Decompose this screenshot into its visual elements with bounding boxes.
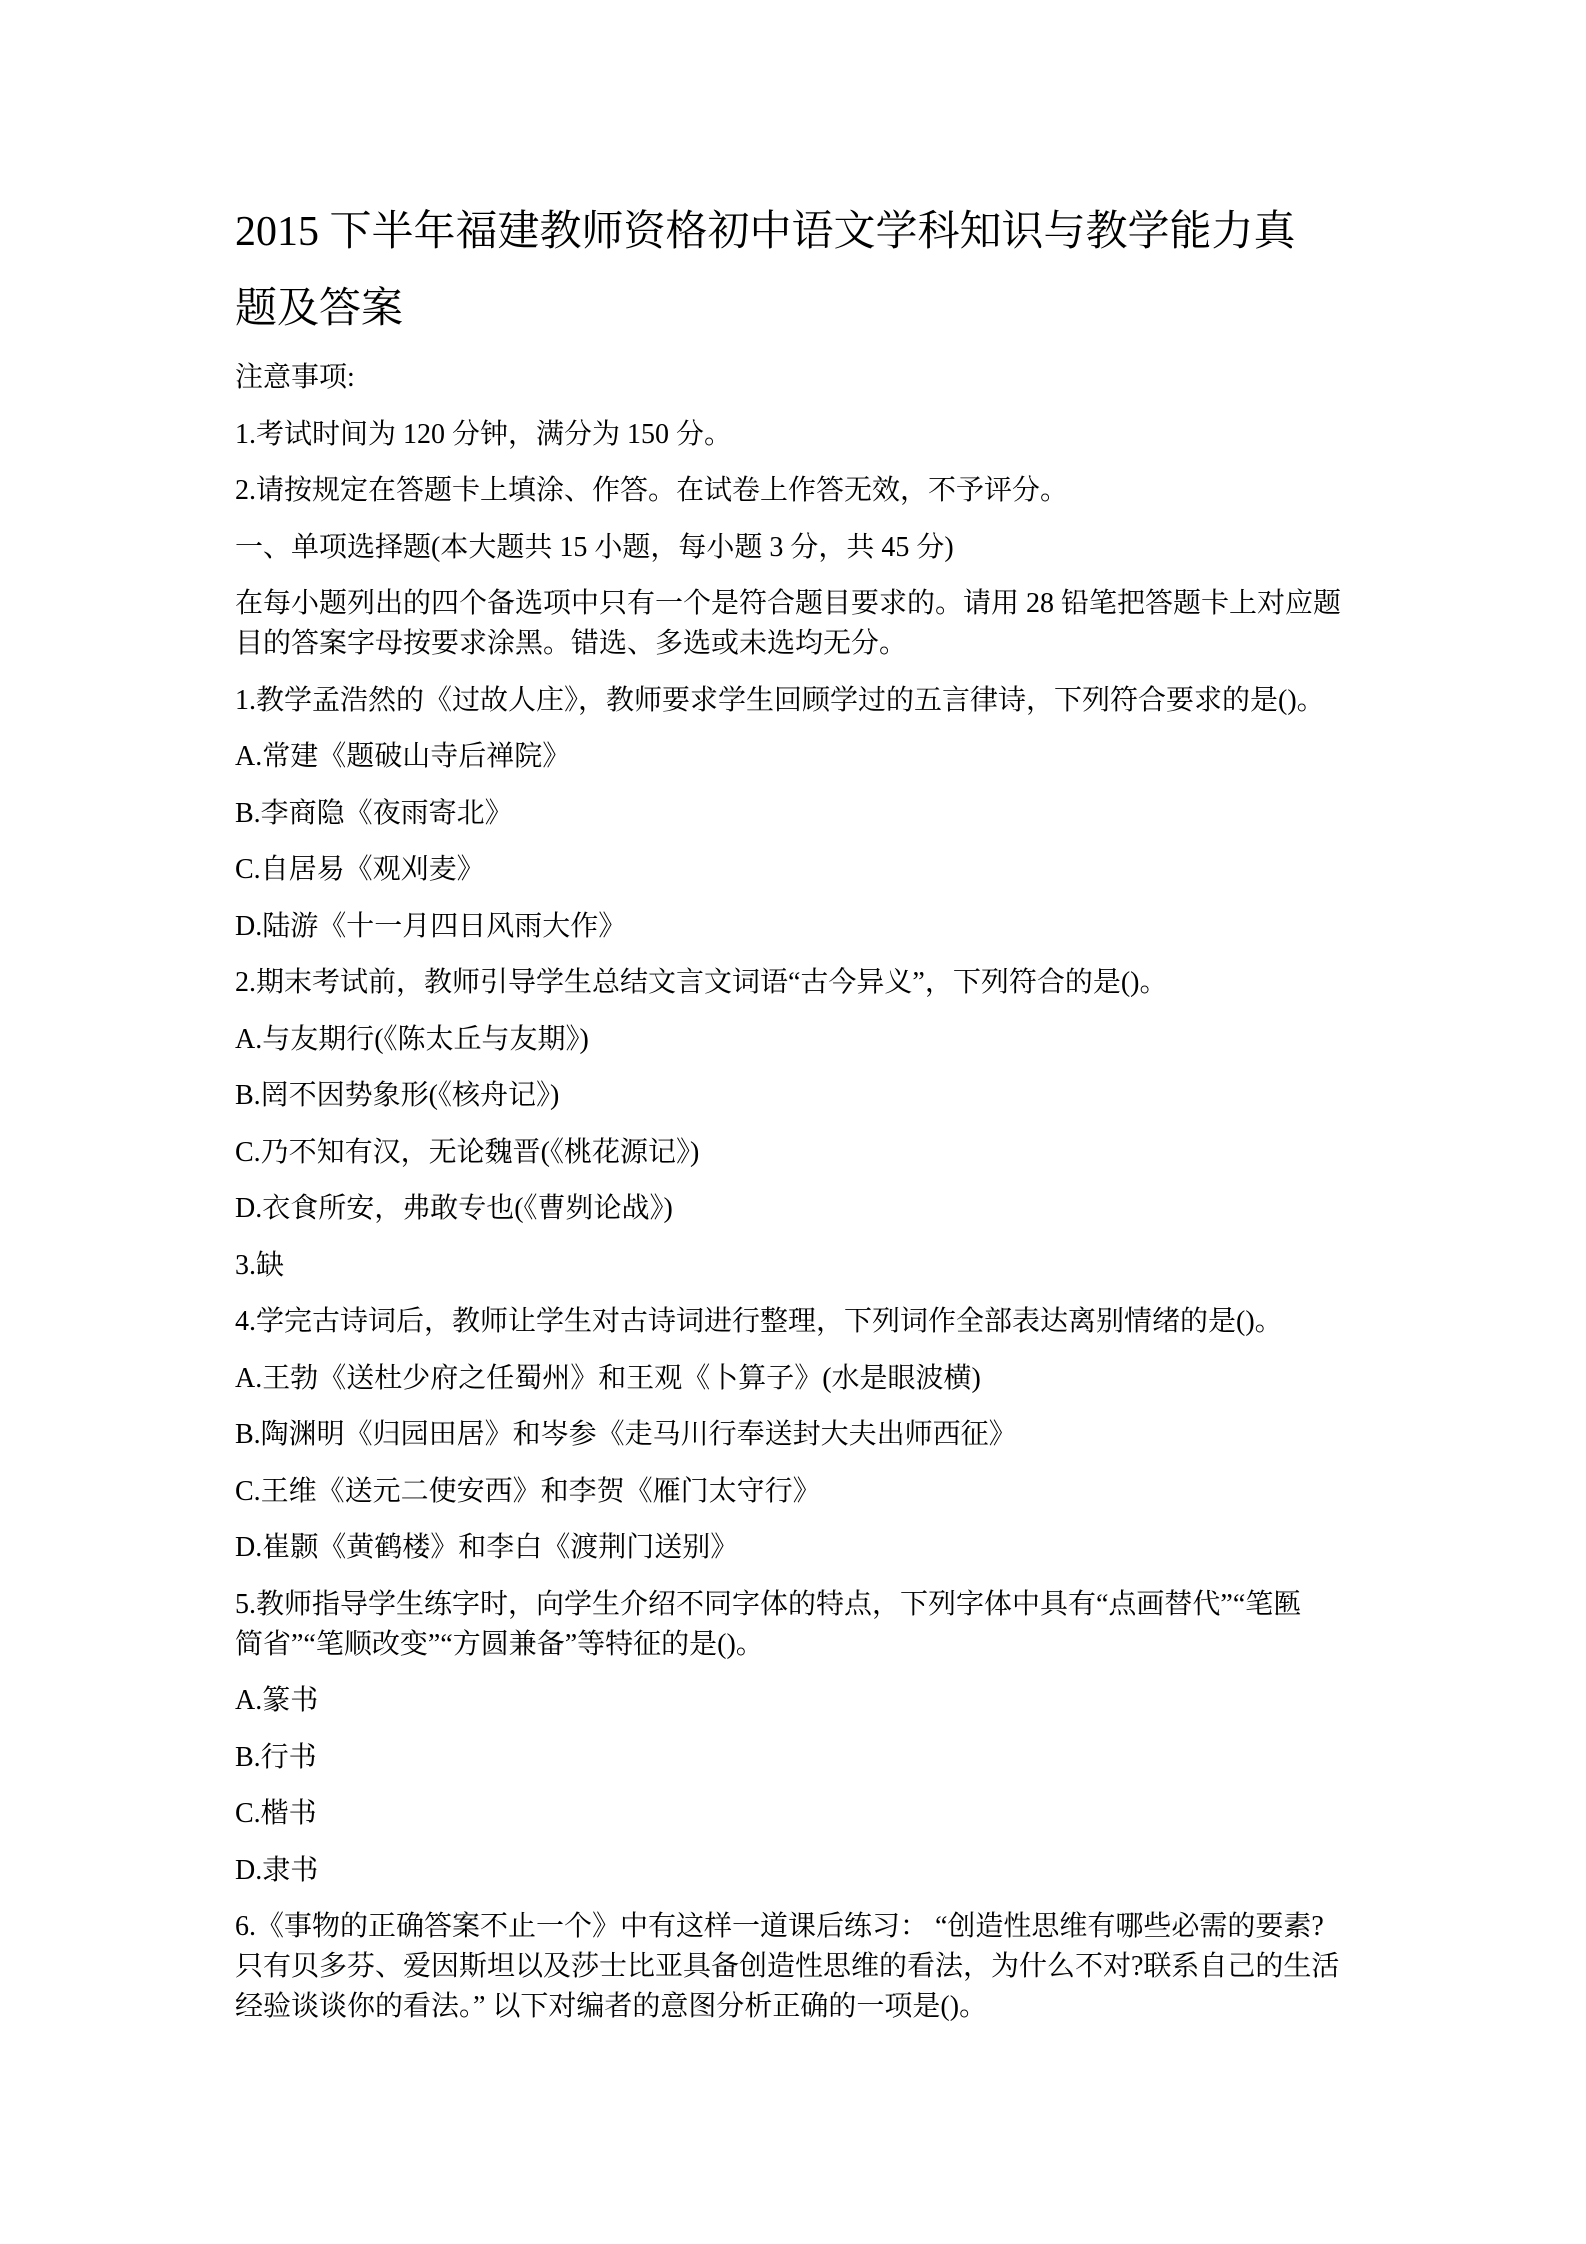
question-5-line-1: 5.教师指导学生练字时，向学生介绍不同字体的特点，下列字体中具有“点画替代”“笔… — [235, 1585, 1345, 1625]
question-4-option-d: D.崔颢《黄鹤楼》和李白《渡荆门送别》 — [235, 1528, 1345, 1568]
question-4-option-a-line-1: A.王勃《送杜少府之任蜀州》和王观《卜算子》(水是眼波横) — [235, 1359, 1345, 1399]
question-4-option-d-line-1: D.崔颢《黄鹤楼》和李白《渡荆门送别》 — [235, 1528, 1345, 1568]
notice-item-2: 2.请按规定在答题卡上填涂、作答。在试卷上作答无效，不予评分。 — [235, 471, 1345, 511]
question-1: 1.教学孟浩然的《过故人庄》，教师要求学生回顾学过的五言律诗，下列符合要求的是(… — [235, 681, 1345, 721]
question-4-line-1: 4.学完古诗词后，教师让学生对古诗词进行整理，下列词作全部表达离别情绪的是()。 — [235, 1302, 1345, 1342]
question-1-option-d: D.陆游《十一月四日风雨大作》 — [235, 907, 1345, 947]
question-6-line-2: 只有贝多芬、爱因斯坦以及莎士比亚具备创造性思维的看法，为什么不对?联系自己的生活 — [235, 1947, 1345, 1987]
question-2-option-c-line-1: C.乃不知有汉，无论魏晋(《桃花源记》) — [235, 1133, 1345, 1173]
question-1-option-a: A.常建《题破山寺后禅院》 — [235, 737, 1345, 777]
question-5-option-b: B.行书 — [235, 1738, 1345, 1778]
title-line-1: 2015 下半年福建教师资格初中语文学科知识与教学能力真 — [235, 194, 1345, 271]
question-1-option-d-line-1: D.陆游《十一月四日风雨大作》 — [235, 907, 1345, 947]
notice-heading-line-1: 注意事项: — [235, 358, 1345, 398]
question-2: 2.期末考试前，教师引导学生总结文言文词语“古今异义”，下列符合的是()。 — [235, 963, 1345, 1003]
question-1-option-b-line-1: B.李商隐《夜雨寄北》 — [235, 794, 1345, 834]
question-5: 5.教师指导学生练字时，向学生介绍不同字体的特点，下列字体中具有“点画替代”“笔… — [235, 1585, 1345, 1665]
document-page: 2015 下半年福建教师资格初中语文学科知识与教学能力真题及答案 注意事项:1.… — [0, 0, 1586, 2244]
document-title: 2015 下半年福建教师资格初中语文学科知识与教学能力真题及答案 — [235, 194, 1345, 348]
question-6-line-3: 经验谈谈你的看法。” 以下对编者的意图分析正确的一项是()。 — [235, 1987, 1345, 2027]
question-2-line-1: 2.期末考试前，教师引导学生总结文言文词语“古今异义”，下列符合的是()。 — [235, 963, 1345, 1003]
question-1-line-1: 1.教学孟浩然的《过故人庄》，教师要求学生回顾学过的五言律诗，下列符合要求的是(… — [235, 681, 1345, 721]
notice-heading: 注意事项: — [235, 358, 1345, 398]
question-2-option-c: C.乃不知有汉，无论魏晋(《桃花源记》) — [235, 1133, 1345, 1173]
section-1-instructions-line-1: 在每小题列出的四个备选项中只有一个是符合题目要求的。请用 28 铅笔把答题卡上对… — [235, 584, 1345, 624]
question-6-line-1: 6.《事物的正确答案不止一个》中有这样一道课后练习： “创造性思维有哪些必需的要… — [235, 1907, 1345, 1947]
question-2-option-b: B.罔不因势象形(《核舟记》) — [235, 1076, 1345, 1116]
question-5-option-c: C.楷书 — [235, 1794, 1345, 1834]
question-1-option-b: B.李商隐《夜雨寄北》 — [235, 794, 1345, 834]
question-3: 3.缺 — [235, 1246, 1345, 1286]
question-4-option-c: C.王维《送元二使安西》和李贺《雁门太守行》 — [235, 1472, 1345, 1512]
question-2-option-b-line-1: B.罔不因势象形(《核舟记》) — [235, 1076, 1345, 1116]
section-1-heading: 一、单项选择题(本大题共 15 小题，每小题 3 分，共 45 分) — [235, 528, 1345, 568]
question-4: 4.学完古诗词后，教师让学生对古诗词进行整理，下列词作全部表达离别情绪的是()。 — [235, 1302, 1345, 1342]
section-1-instructions-line-2: 目的答案字母按要求涂黑。错选、多选或未选均无分。 — [235, 624, 1345, 664]
question-2-option-d-line-1: D.衣食所安，弗敢专也(《曹刿论战》) — [235, 1189, 1345, 1229]
question-1-option-a-line-1: A.常建《题破山寺后禅院》 — [235, 737, 1345, 777]
document-body: 注意事项:1.考试时间为 120 分钟，满分为 150 分。2.请按规定在答题卡… — [235, 348, 1345, 2027]
notice-item-1: 1.考试时间为 120 分钟，满分为 150 分。 — [235, 415, 1345, 455]
question-6: 6.《事物的正确答案不止一个》中有这样一道课后练习： “创造性思维有哪些必需的要… — [235, 1907, 1345, 2027]
notice-item-2-line-1: 2.请按规定在答题卡上填涂、作答。在试卷上作答无效，不予评分。 — [235, 471, 1345, 511]
question-5-option-a-line-1: A.篆书 — [235, 1681, 1345, 1721]
section-1-heading-line-1: 一、单项选择题(本大题共 15 小题，每小题 3 分，共 45 分) — [235, 528, 1345, 568]
question-5-option-a: A.篆书 — [235, 1681, 1345, 1721]
question-5-line-2: 简省”“笔顺改变”“方圆兼备”等特征的是()。 — [235, 1625, 1345, 1665]
section-1-instructions: 在每小题列出的四个备选项中只有一个是符合题目要求的。请用 28 铅笔把答题卡上对… — [235, 584, 1345, 664]
question-2-option-a-line-1: A.与友期行(《陈太丘与友期》) — [235, 1020, 1345, 1060]
question-1-option-c-line-1: C.自居易《观刈麦》 — [235, 850, 1345, 890]
title-line-2: 题及答案 — [235, 271, 1345, 348]
question-4-option-a: A.王勃《送杜少府之任蜀州》和王观《卜算子》(水是眼波横) — [235, 1359, 1345, 1399]
question-4-option-c-line-1: C.王维《送元二使安西》和李贺《雁门太守行》 — [235, 1472, 1345, 1512]
question-5-option-d: D.隶书 — [235, 1851, 1345, 1891]
question-4-option-b-line-1: B.陶渊明《归园田居》和岑参《走马川行奉送封大夫出师西征》 — [235, 1415, 1345, 1455]
question-1-option-c: C.自居易《观刈麦》 — [235, 850, 1345, 890]
notice-item-1-line-1: 1.考试时间为 120 分钟，满分为 150 分。 — [235, 415, 1345, 455]
question-4-option-b: B.陶渊明《归园田居》和岑参《走马川行奉送封大夫出师西征》 — [235, 1415, 1345, 1455]
question-2-option-d: D.衣食所安，弗敢专也(《曹刿论战》) — [235, 1189, 1345, 1229]
question-2-option-a: A.与友期行(《陈太丘与友期》) — [235, 1020, 1345, 1060]
question-5-option-c-line-1: C.楷书 — [235, 1794, 1345, 1834]
question-3-line-1: 3.缺 — [235, 1246, 1345, 1286]
question-5-option-d-line-1: D.隶书 — [235, 1851, 1345, 1891]
question-5-option-b-line-1: B.行书 — [235, 1738, 1345, 1778]
